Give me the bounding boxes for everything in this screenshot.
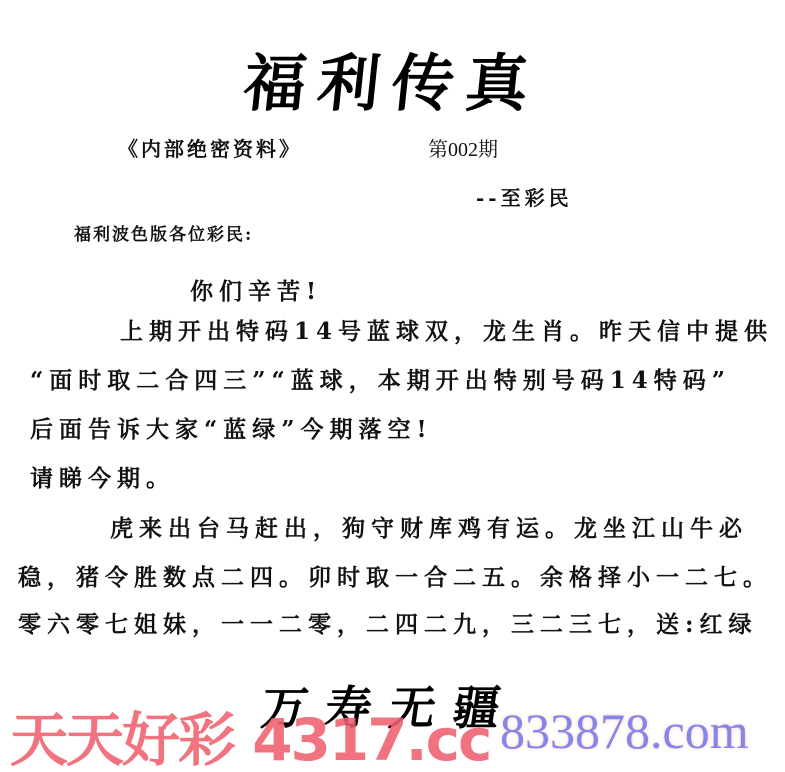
document-title: 福利传真 — [0, 34, 785, 123]
document-subtitle: 《内部绝密资料》 — [118, 133, 302, 162]
signature: --至彩民 — [476, 182, 573, 211]
body-line: “面时取二合四三”“蓝球，本期开出特别号码14特码” — [30, 362, 731, 395]
issue-number: 第002期 — [428, 133, 498, 162]
body-line: 上期开出特码14号蓝球双，龙生肖。昨天信中提供 — [120, 313, 773, 346]
body-line: 请睇今期。 — [30, 460, 175, 493]
watermark-blue: 833878.com — [500, 702, 749, 760]
body-line: 零六零七姐妹，一一二零，二四二九，三二三七，送:红绿 — [18, 606, 758, 639]
watermark-red: 天天好彩 4317.cc — [10, 693, 490, 772]
body-line: 虎来出台马赶出，狗守财库鸡有运。龙坐江山牛必 — [110, 510, 748, 543]
salutation: 福利波色版各位彩民: — [74, 220, 253, 245]
greeting: 你们辛苦! — [190, 273, 322, 306]
body-line: 后面告诉大家“蓝绿”今期落空! — [30, 411, 433, 444]
body-line: 稳，猪令胜数点二四。卯时取一合二五。余格择小一二七。 — [18, 559, 772, 592]
